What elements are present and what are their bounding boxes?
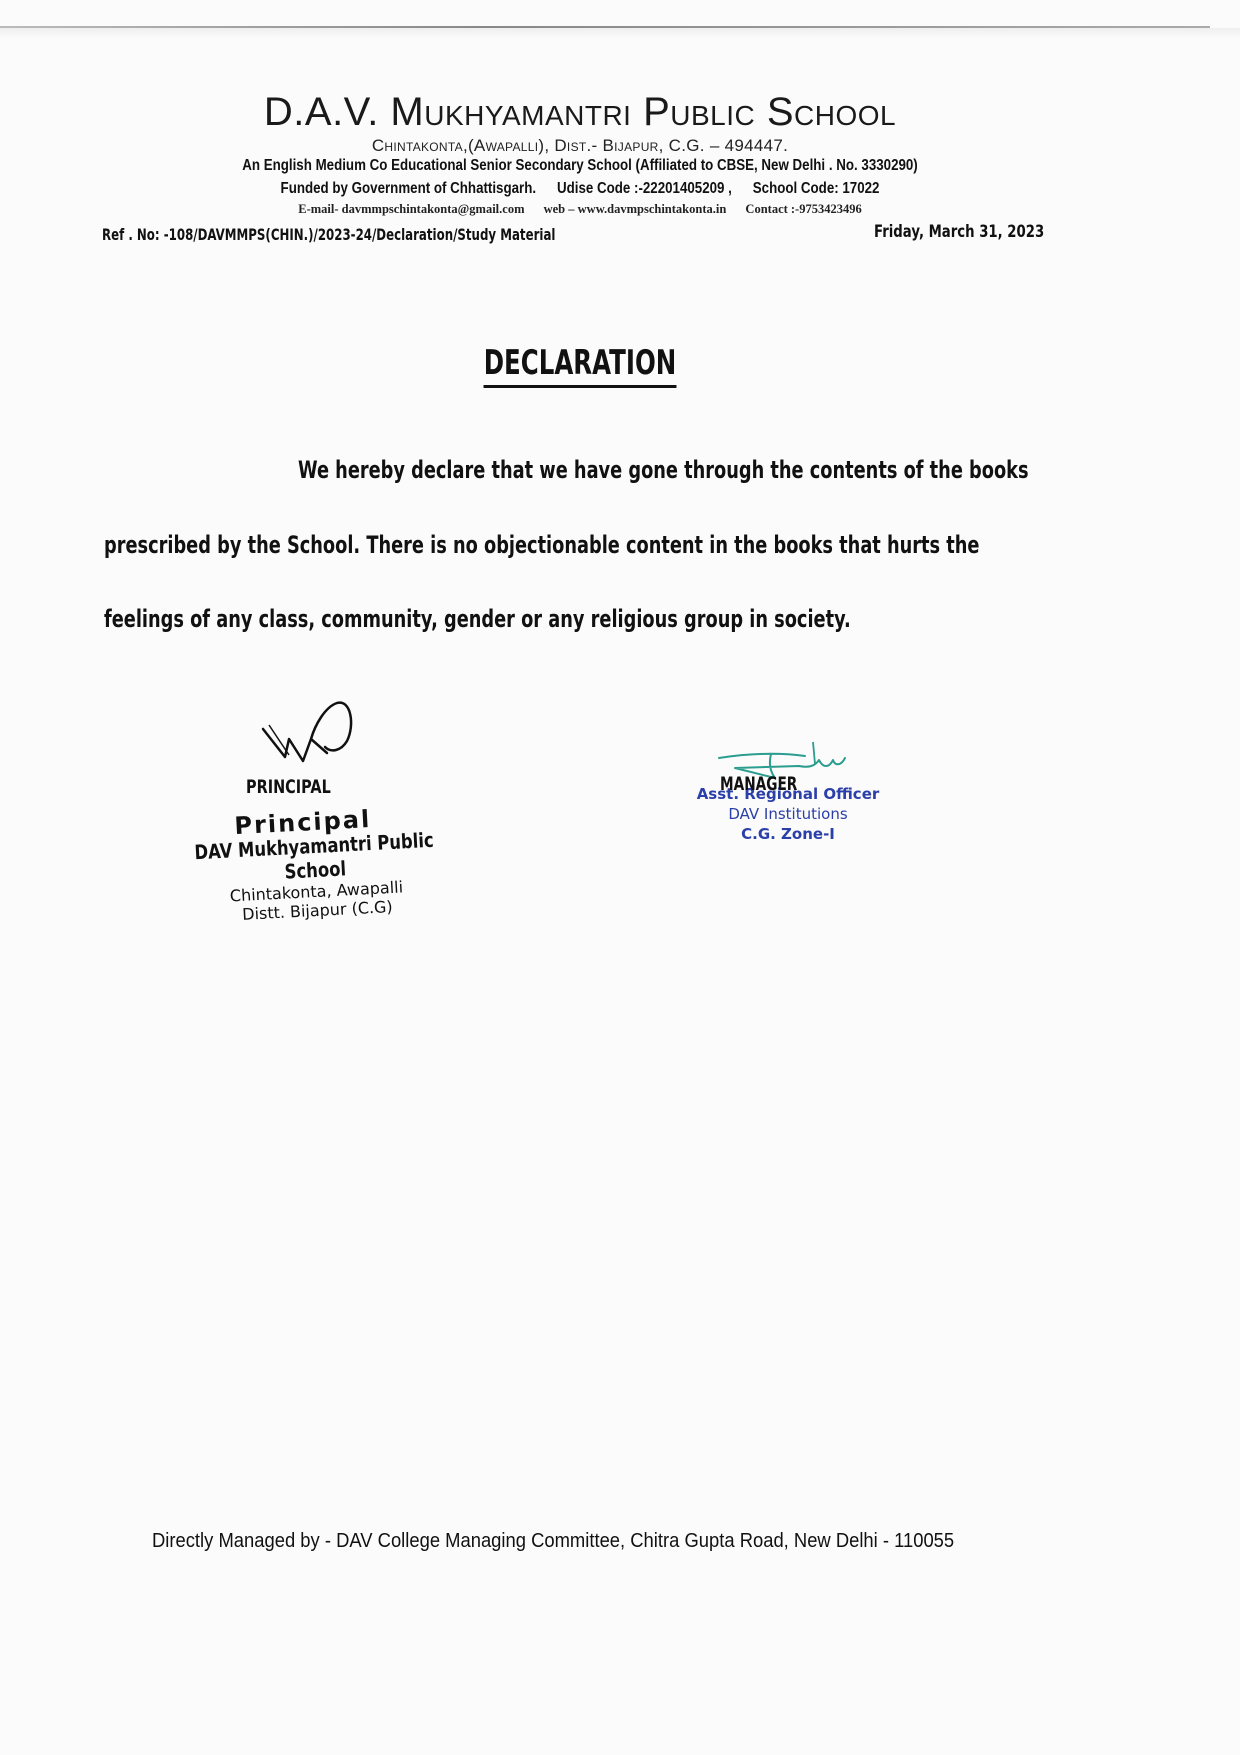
email: E-mail- davmmpschintakonta@gmail.com bbox=[298, 202, 524, 216]
document-title-text: DECLARATION bbox=[484, 343, 677, 388]
declaration-line-2: prescribed by the School. There is no ob… bbox=[104, 531, 807, 559]
letter-date: Friday, March 31, 2023 bbox=[874, 222, 1044, 242]
funded-by: Funded by Government of Chhattisgarh. bbox=[281, 180, 537, 197]
affiliation-line: An English Medium Co Educational Senior … bbox=[81, 157, 1079, 175]
principal-stamp: Principal DAV Mukhyamantri Public School… bbox=[147, 799, 482, 928]
document-title: DECLARATION bbox=[162, 343, 997, 383]
declaration-line-1: We hereby declare that we have gone thro… bbox=[298, 456, 1001, 484]
school-address: Chintakonta,(Awapalli), Dist.- Bijapur, … bbox=[0, 136, 1160, 156]
website: web – www.davmpschintakonta.in bbox=[544, 202, 727, 216]
manager-label: MANAGER bbox=[720, 773, 797, 795]
reference-number: Ref . No: -108/DAVMMPS(CHIN.)/2023-24/De… bbox=[102, 225, 555, 244]
seal-line-3: C.G. Zone-I bbox=[688, 825, 888, 843]
scan-shadow bbox=[0, 28, 1240, 38]
udise-code: Udise Code :-22201405209 , bbox=[557, 180, 732, 197]
footer-text: Directly Managed by - DAV College Managi… bbox=[152, 1530, 954, 1553]
principal-label: PRINCIPAL bbox=[246, 776, 331, 798]
principal-signature-icon bbox=[255, 695, 365, 775]
school-name: D.A.V. Mukhyamantri Public School bbox=[0, 88, 1160, 136]
school-code: School Code: 17022 bbox=[753, 180, 880, 197]
contact-phone: Contact :-9753423496 bbox=[745, 202, 861, 216]
funding-codes-line: Funded by Government of Chhattisgarh. Ud… bbox=[81, 180, 1079, 198]
declaration-line-3: feelings of any class, community, gender… bbox=[104, 605, 807, 633]
contact-line: E-mail- davmmpschintakonta@gmail.com web… bbox=[0, 202, 1160, 217]
seal-line-2: DAV Institutions bbox=[688, 805, 888, 823]
